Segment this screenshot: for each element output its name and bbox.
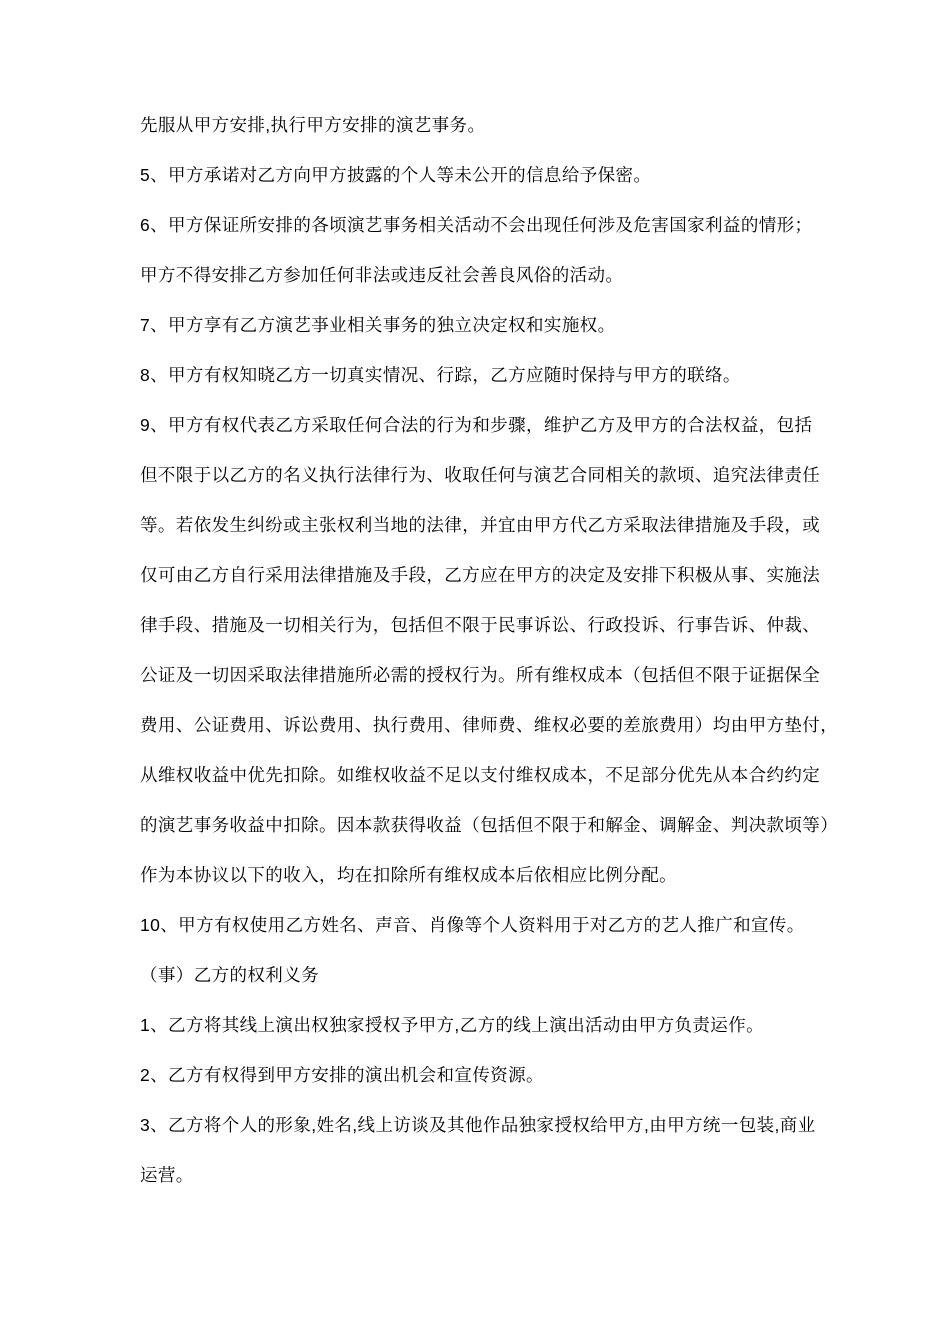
doc-line-item-9-continuation-8: 的演艺事务收益中扣除。因本款获得收益（包括但不限于和解金、调解金、判决款顷等）	[140, 800, 812, 850]
doc-line-item-9-continuation-7: 从维权收益中优先扣除。如维权收益不足以支付维权成本，不足部分优先从本合约约定	[140, 750, 812, 800]
doc-line-item-6: 6、甲方保证所安排的各顷演艺事务相关活动不会出现任何涉及危害国家利益的情形；	[140, 200, 812, 250]
doc-line-item-9-continuation-5: 公证及一切因采取法律措施所必需的授权行为。所有维权成本（包括但不限于证据保全	[140, 650, 812, 700]
doc-line-continuation: 先服从甲方安排,执行甲方安排的演艺事务。	[140, 100, 812, 150]
doc-line-item-9-continuation-4: 律手段、措施及一切相关行为，包括但不限于民事诉讼、行政投诉、行事告诉、仲裁、	[140, 600, 812, 650]
doc-line-item-5: 5、甲方承诺对乙方向甲方披露的个人等未公开的信息给予保密。	[140, 150, 812, 200]
doc-line-item-3-continuation: 运营。	[140, 1150, 812, 1200]
doc-line-item-9-continuation-9: 作为本协议以下的收入，均在扣除所有维权成本后依相应比例分配。	[140, 850, 812, 900]
doc-line-item-10: 10、甲方有权使用乙方姓名、声音、肖像等个人资料用于对乙方的艺人推广和宣传。	[140, 900, 812, 950]
doc-section-heading-party-b-rights: （事）乙方的权利义务	[140, 950, 812, 1000]
doc-line-item-9: 9、甲方有权代表乙方采取任何合法的行为和步骤，维护乙方及甲方的合法权益，包括	[140, 400, 812, 450]
doc-line-item-7: 7、甲方享有乙方演艺亊业相关事务的独立决定权和实施权。	[140, 300, 812, 350]
doc-line-item-6-continuation: 甲方不得安排乙方参加任何非法或违反社会善良风俗的活动。	[140, 250, 812, 300]
doc-line-item-3: 3、乙方将个人的形象,姓名,线上访谈及其他作品独家授权给甲方,由甲方统一包装,商…	[140, 1100, 812, 1150]
doc-line-item-9-continuation-2: 等。若依发生纠纷或主张权利当地的法律，并宜由甲方代乙方采取法律措施及手段，或	[140, 500, 812, 550]
doc-line-item-9-continuation-1: 但不限于以乙方的名义执行法律行为、收取任何与演艺合同相关的款顷、追究法律责任	[140, 450, 812, 500]
doc-line-item-9-continuation-6: 费用、公证费用、诉讼费用、执行费用、律师费、维权必要的差旅费用）均由甲方垫付，	[140, 700, 812, 750]
doc-line-item-1: 1、乙方将其线上演出权独家授权予甲方,乙方的线上演出活动由甲方负责运作。	[140, 1000, 812, 1050]
doc-line-item-9-continuation-3: 仅可由乙方自行采用法律措施及手段，乙方应在甲方的决定及安排下积极从事、实施法	[140, 550, 812, 600]
doc-line-item-2: 2、乙方有权得到甲方安排的演出机会和宣传资源。	[140, 1050, 812, 1100]
doc-line-item-8: 8、甲方有权知晓乙方一切真实情况、行踪，乙方应随时保持与甲方的联络。	[140, 350, 812, 400]
document-page: 先服从甲方安排,执行甲方安排的演艺事务。 5、甲方承诺对乙方向甲方披露的个人等未…	[0, 0, 950, 1344]
